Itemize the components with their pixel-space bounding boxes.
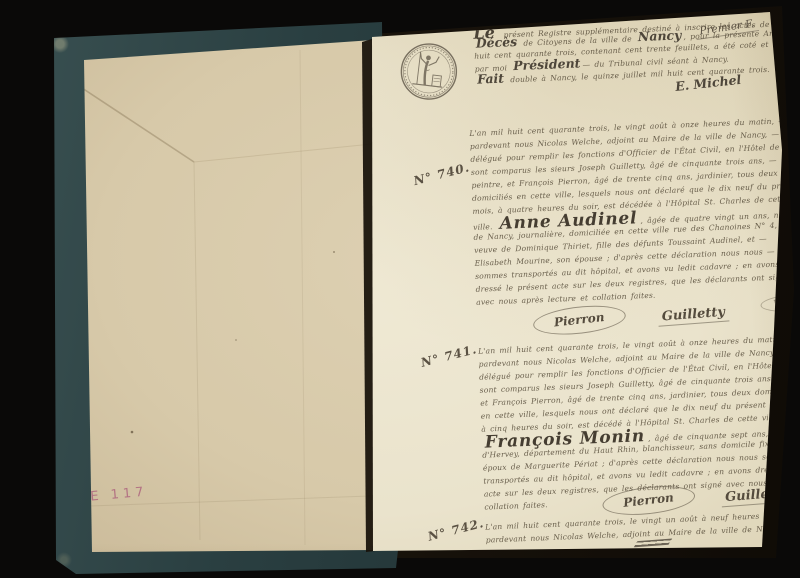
certification-text: Le présent Registre supplémentaire desti…: [473, 12, 755, 83]
entry-body: L'an mil huit cent quarante trois, le vi…: [469, 112, 778, 306]
entry-740: N° 740. L'an mil huit cent quarante troi…: [469, 112, 779, 338]
manuscript-content: Premier F. Le présent Registre supplémen…: [360, 0, 800, 578]
official-seal-stamp-icon: [397, 40, 460, 103]
signatures-row: PierronGuillettyWelche: [532, 299, 779, 336]
entry-number: N° 742.: [426, 516, 485, 544]
entry-number: N° 740.: [412, 160, 471, 188]
page-crease-lines: [84, 40, 376, 554]
closing-flourish: [634, 539, 672, 548]
death-act-entries: N° 740. L'an mil huit cent quarante troi…: [469, 112, 788, 553]
signature-guilletty: Guilletty: [657, 304, 729, 326]
open-register-book-photo: 4 E 117: [0, 0, 800, 578]
entry-body: L'an mil huit cent quarante trois, le vi…: [478, 330, 787, 511]
entry-741: N° 741. L'an mil huit cent quarante troi…: [478, 330, 787, 518]
entry-number: N° 741.: [419, 342, 478, 370]
signature-pierron: Pierron: [532, 302, 627, 339]
